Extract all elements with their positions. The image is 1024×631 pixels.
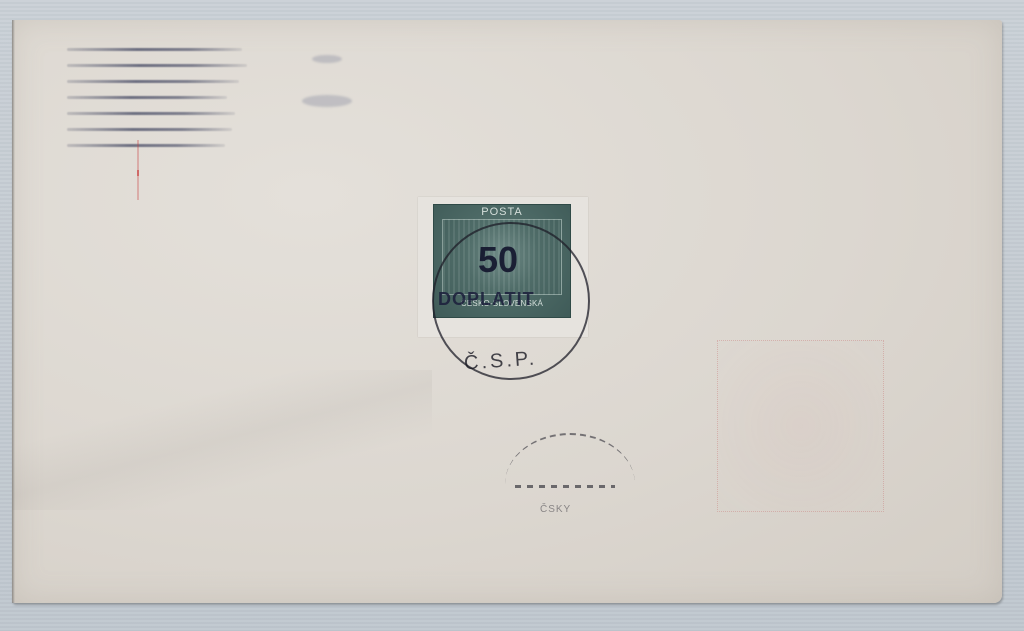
stamp-top-text: POSTA [434,206,570,218]
faint-red-imprint [717,340,884,512]
red-mark [137,170,139,176]
cancel-line [67,48,242,51]
cancel-line [67,96,227,99]
cancel-line [67,128,232,131]
faint-stamp-mark [302,95,352,107]
paper-shading [12,370,432,510]
secondary-postmark-arc [505,433,635,535]
cancel-line [67,144,225,147]
secondary-postmark-text: ČSKY [540,504,571,515]
machine-cancel-lines [67,48,267,158]
faint-stamp-mark [312,55,342,63]
cancel-line [67,80,239,83]
secondary-postmark-bars [515,485,615,488]
cancel-line [67,112,235,115]
cancel-line [67,64,247,67]
envelope-edge [12,20,15,603]
